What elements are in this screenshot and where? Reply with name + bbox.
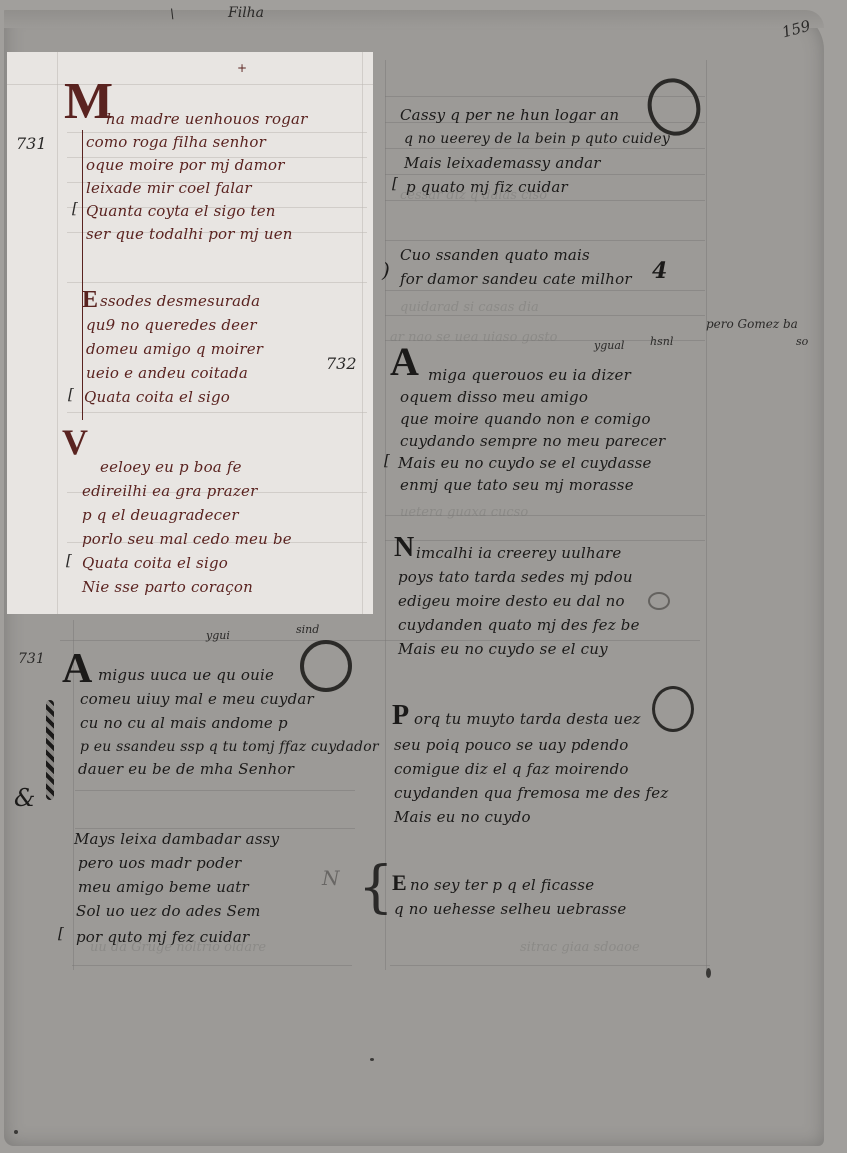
verse-line: ha madre uenhouos rogar [106,112,308,127]
verse-line: oquem disso meu amigo [400,390,588,405]
verse-line: ssodes desmesurada [100,294,260,309]
initial-letter-n: N [394,534,414,562]
verse-line: Mays leixa dambadar assy [74,832,279,847]
verse-line: comigue diz el q faz moirendo [394,762,629,777]
verse-line: que moire quando non e comigo [400,412,651,427]
page-top-edge [4,10,824,28]
verse-line: no sey ter p q el ficasse [410,878,594,893]
verse-line: cuydando sempre no meu parecer [400,434,665,449]
inset-ruling [67,282,367,283]
faint-initial-icon [648,592,670,610]
ink-speck [370,1058,374,1061]
verse-line: imcalhi ia creerey uulhare [416,546,621,561]
show-through-text: quidarad si casas dia [400,300,539,315]
verse-line: miga querouos eu ia dizer [428,368,631,383]
verse-line: Mais eu no cuydo se el cuy [398,642,608,657]
verse-line: porlo seu mal cedo meu be [82,532,292,547]
verse-line: q no ueerey de la bein p quto cuidey [404,132,670,146]
initial-letter-p: P [392,702,409,730]
ruling-line [385,315,705,316]
verse-line: q no uehesse selheu uebrasse [394,902,626,917]
verse-line: ueio e andeu coitada [86,366,248,381]
ruling-line [385,290,705,291]
verse-line: comeu uiuy mal e meu cuydar [80,692,314,707]
paragraph-mark: [ [68,387,74,402]
show-through-text: uetera guaxa cucso [400,505,528,520]
verse-line: seu poiq pouco se uay pdendo [394,738,628,753]
verse-line: p eu ssandeu ssp q tu tomj ffaz cuydador [80,740,379,754]
verse-line: qu9 no queredes deer [86,318,257,333]
flourish-tail-icon: & [14,786,35,810]
verse-line: p quato mj fiz cuidar [406,180,568,195]
refrain-line: Quata coita el sigo [82,556,228,571]
verse-line: edireilhi ea gra prazer [82,484,257,499]
column-ruling [385,60,386,970]
refrain-line: ser que todalhi por mj uen [86,227,293,242]
verse-line: eeloey eu p boa fe [100,460,242,475]
refrain-line: Nie sse parto coraçon [82,580,253,595]
refrain-line: enmj que tato seu mj morasse [400,478,634,493]
poem-number-732: 732 [326,356,357,372]
ruling-line [390,965,710,966]
verse-line: Sol uo uez do ades Sem [76,904,261,919]
ruling-line [385,148,705,149]
verse-line: meu amigo beme uatr [78,880,249,895]
annotation: ygual [594,340,624,351]
show-through-text: sitrac giaa sdoaoe [520,940,640,955]
inset-column-ruling [57,52,58,614]
cross-mark: + [237,62,247,74]
verse-line: domeu amigo q moirer [86,342,263,357]
paragraph-mark: [ [392,176,398,191]
verse-line: como roga filha senhor [86,135,266,150]
verse-line: oque moire por mj damor [86,158,285,173]
initial-letter-v: V [62,424,88,460]
verse-line: cu no cu al mais andome p [80,716,288,731]
marginal-note: so [796,336,808,347]
faint-initial-n-icon: N [322,868,340,888]
verse-line: Mais leixademassy andar [404,156,601,171]
brace-mark: { [358,860,394,916]
ink-blot-mark: 4 [652,260,667,282]
verse-line: for damor sandeu cate milhor [400,272,632,287]
decorated-initial-d-icon [652,686,694,732]
ruling-line [385,540,705,541]
column-ruling [706,60,707,970]
inset-ruling [67,412,367,413]
annotation: sind [296,624,319,635]
ruling-line [385,174,705,175]
verse-line: poys tato tarda sedes mj pdou [398,570,633,585]
top-mark: \ [170,8,174,21]
annotation: hsnl [650,336,673,347]
decorated-initial-o-icon [300,640,352,692]
ink-speck [14,1130,18,1134]
verse-line: dauer eu be de mha Senhor [78,762,294,777]
initial-letter-e: E [82,288,98,312]
initial-letter-a: A [62,648,92,690]
initial-letter-a: A [390,342,419,382]
stanza-bracket [82,130,83,420]
marginal-note: pero Gomez ba [706,318,798,330]
paragraph-mark: [ [58,926,64,941]
paragraph-mark: [ [384,453,390,468]
ruling-line [72,965,352,966]
verse-line: por quto mj fez cuidar [76,930,249,945]
ruling-line [75,790,355,791]
initial-letter-e: E [392,872,407,894]
refrain-line: Mais eu no cuydo se el cuydasse [398,456,652,471]
verse-line: orq tu muyto tarda desta uez [414,712,641,727]
inset-ruling [7,84,373,85]
ink-speck [706,968,711,978]
verse-line: Cassy q per ne hun logar an [400,108,619,123]
refrain-line: Quanta coyta el sigo ten [86,204,276,219]
verse-line: Mais eu no cuydo [394,810,531,825]
ruling-line [75,828,355,829]
paragraph-mark: [ [72,201,78,216]
inset-column-ruling [362,52,363,614]
paragraph-mark: [ [66,553,72,568]
verse-line: migus uuca ue qu ouie [98,668,274,683]
verse-line: edigeu moire desto eu dal no [398,594,625,609]
verse-line: pero uos madr poder [78,856,241,871]
verse-line: cuydanden qua fremosa me des fez [394,786,668,801]
annotation: ygui [206,630,230,641]
poem-number-731: 731 [16,136,47,152]
top-annotation: Filha [228,6,264,20]
refrain-line: Quata coita el sigo [84,390,230,405]
verse-line: p q el deuagradecer [82,508,239,523]
verse-line: cuydanden quato mj des fez be [398,618,640,633]
bracket-mark: ) [382,260,390,280]
decorative-flourish-icon [46,700,54,800]
poem-number: 731 [18,652,45,666]
verse-line: Cuo ssanden quato mais [400,248,590,263]
verse-line: leixade mir coel falar [86,181,252,196]
ruling-line [385,240,705,241]
